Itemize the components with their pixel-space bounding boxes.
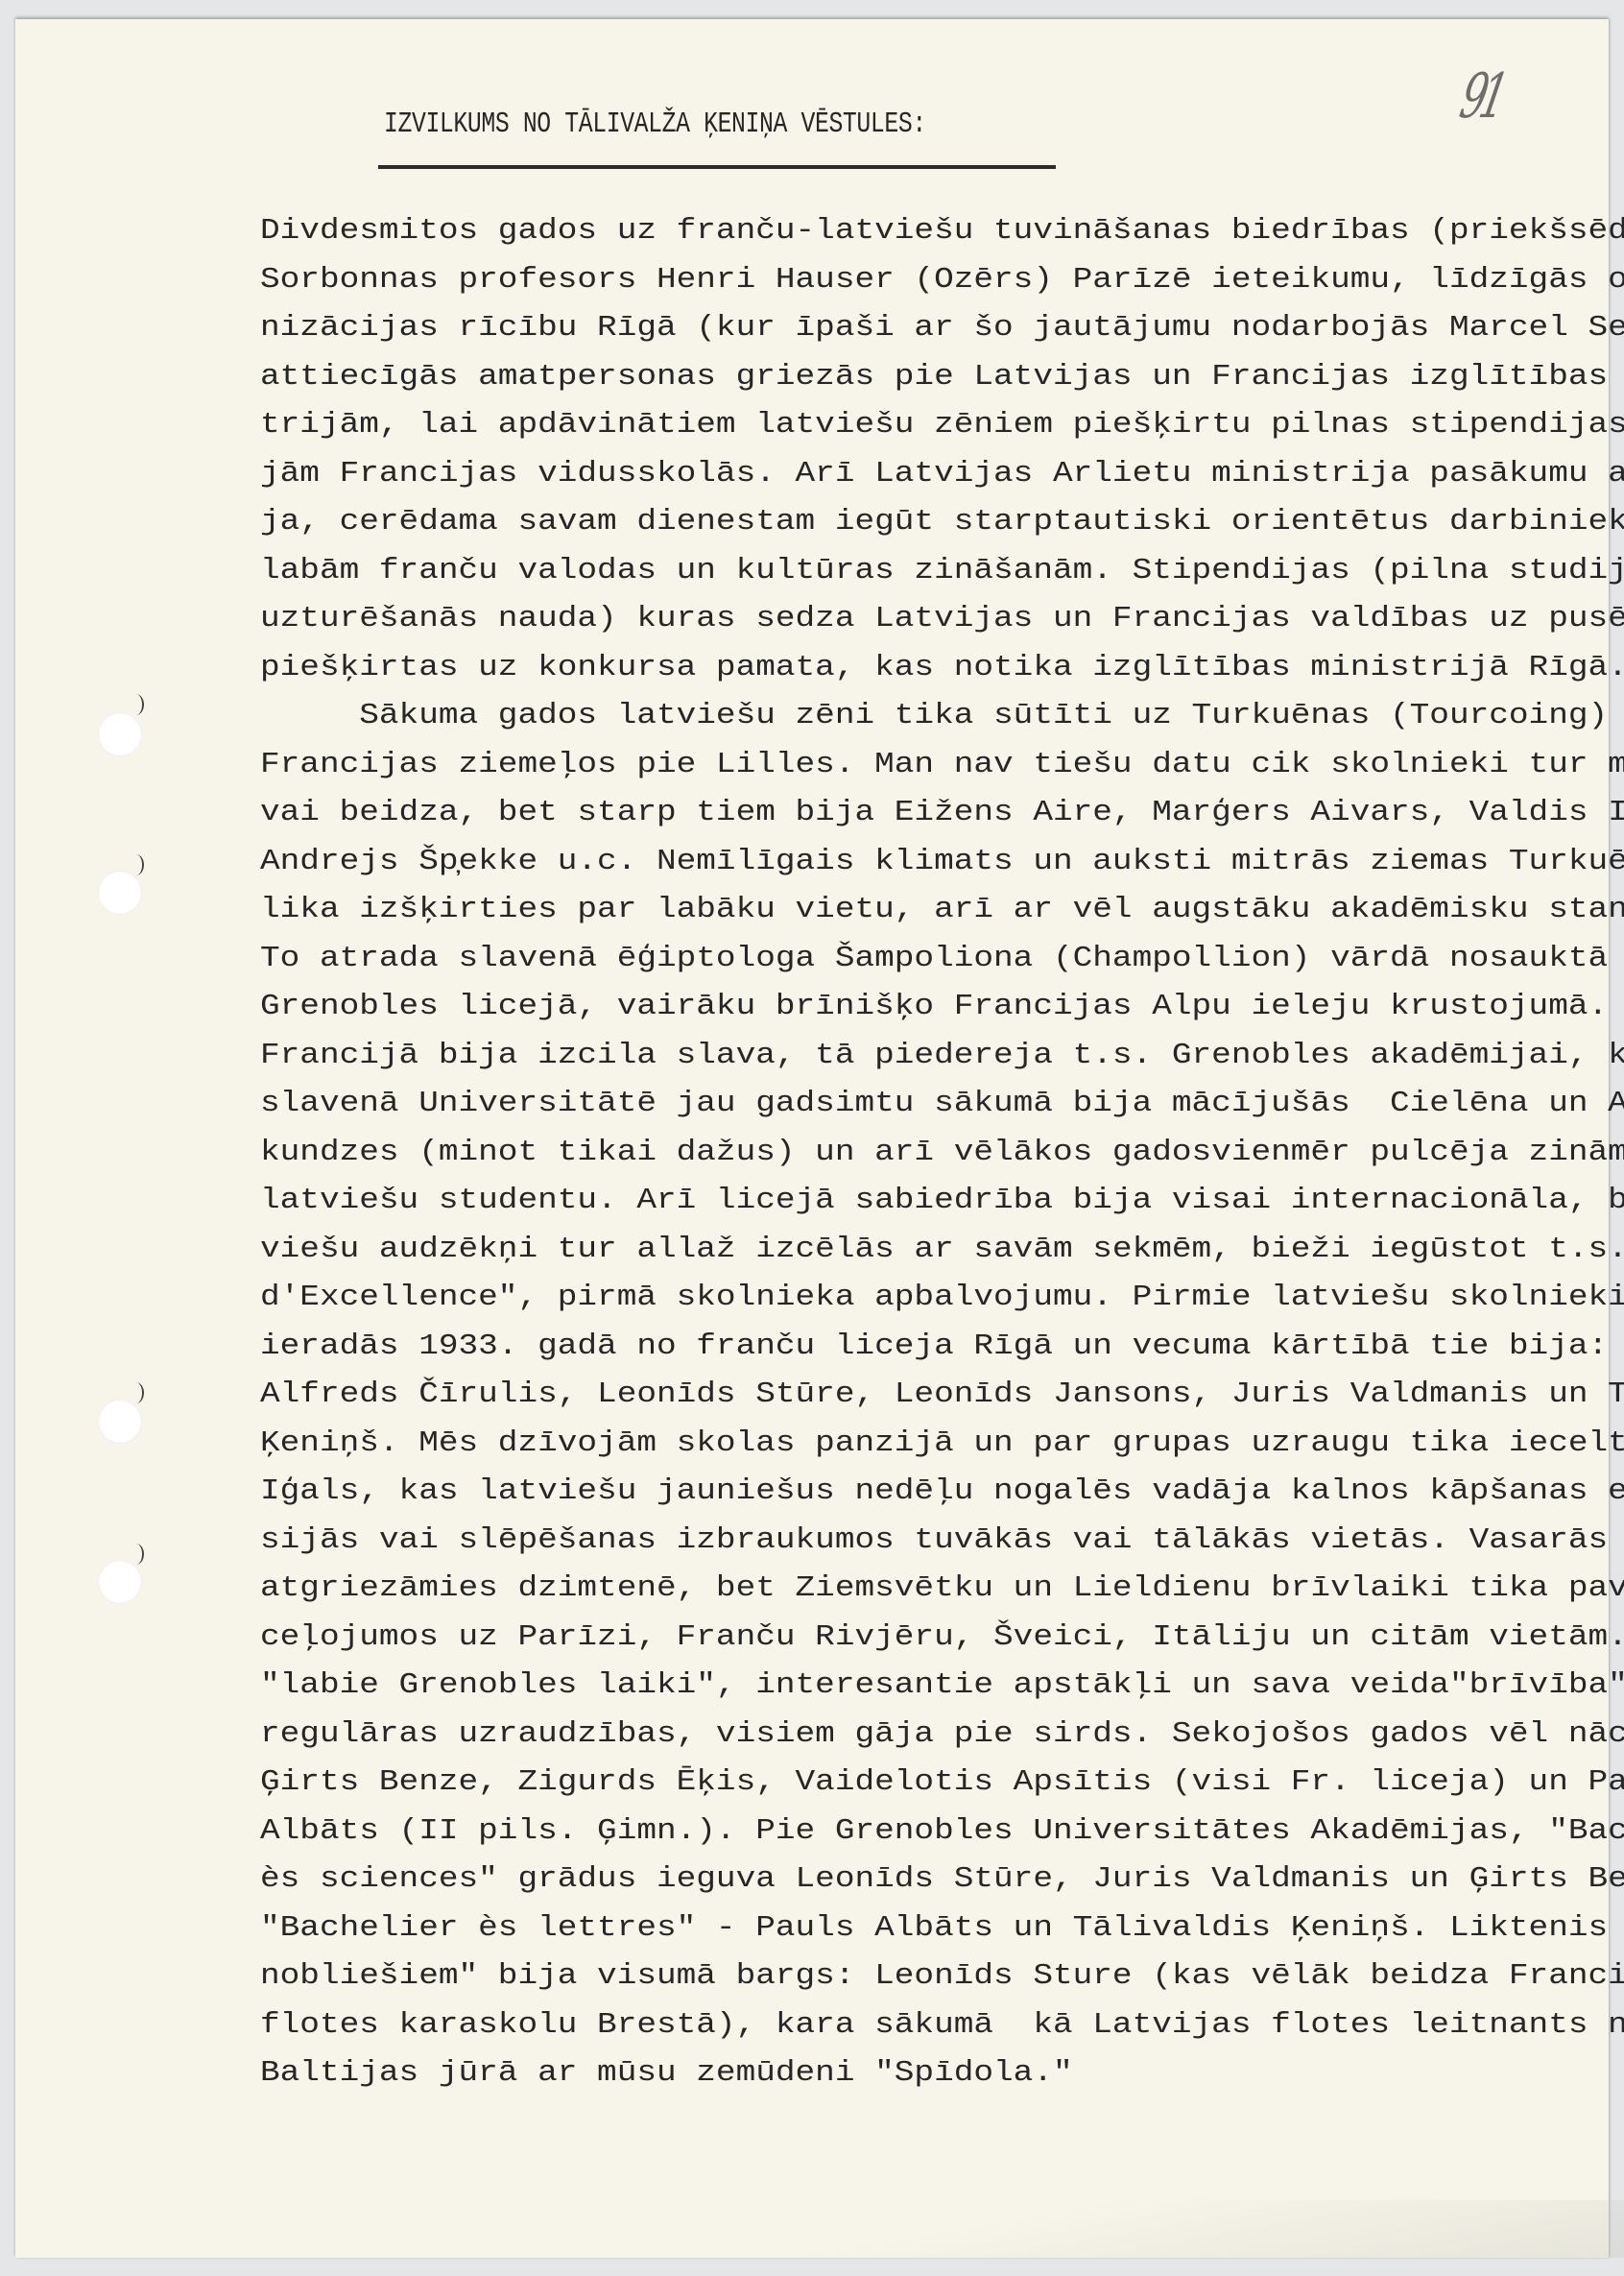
document-title: IZVILKUMS NO TĀLIVALŽA ĶENIŅA VĒSTULES:	[384, 108, 926, 141]
text-line: Divdesmitos gados uz franču-latviešu tuv…	[260, 207, 1624, 256]
punch-hole-3	[98, 1400, 142, 1444]
text-line: To atrada slavenā ēģiptologa Šampoliona …	[260, 935, 1624, 984]
text-line: Albāts (II pils. Ģimn.). Pie Grenobles U…	[260, 1808, 1624, 1857]
punch-hole-2	[98, 871, 142, 915]
text-line: Iģals, kas latviešu jauniešus nedēļu nog…	[260, 1468, 1624, 1517]
text-line: viešu audzēkņi tur allaž izcēlās ar savā…	[260, 1226, 1624, 1275]
title-underline	[378, 165, 1056, 169]
punch-hole-mark	[129, 1544, 144, 1565]
text-line: Grenobles licejā, vairāku brīnišķo Franc…	[260, 983, 1624, 1032]
punch-hole-4	[98, 1560, 142, 1604]
handwritten-page-number: 91	[1454, 61, 1508, 132]
text-line: flotes karaskolu Brestā), kara sākumā kā…	[260, 2001, 1624, 2050]
text-line: Ķeniņš. Mēs dzīvojām skolas panzijā un p…	[260, 1420, 1624, 1469]
letter-excerpt-body: Divdesmitos gados uz franču-latviešu tuv…	[260, 207, 1623, 2098]
text-line: Francijas ziemeļos pie Lilles. Man nav t…	[260, 741, 1624, 790]
text-line: trijām, lai apdāvinātiem latviešu zēniem…	[260, 401, 1624, 450]
text-line: Alfreds Čīrulis, Leonīds Stūre, Leonīds …	[260, 1371, 1624, 1420]
text-line: sijās vai slēpēšanas izbraukumos tuvākās…	[260, 1517, 1624, 1566]
text-line: lika izšķirties par labāku vietu, arī ar…	[260, 886, 1624, 935]
text-line: regulāras uzraudzības, visiem gāja pie s…	[260, 1711, 1624, 1760]
paper-curl-shadow	[73, 2200, 1624, 2258]
text-line: "labie Grenobles laiki", interesantie ap…	[260, 1662, 1624, 1711]
punch-hole-mark	[129, 1382, 144, 1403]
document-page: 91 IZVILKUMS NO TĀLIVALŽA ĶENIŅA VĒSTULE…	[15, 19, 1609, 2258]
text-line: Ģirts Benze, Zigurds Ēķis, Vaidelotis Ap…	[260, 1759, 1624, 1808]
text-line: Baltijas jūrā ar mūsu zemūdeni "Spīdola.…	[260, 2049, 1624, 2098]
text-line: ja, cerēdama savam dienestam iegūt starp…	[260, 498, 1624, 547]
text-line: Sorbonnas profesors Henri Hauser (Ozērs)…	[260, 256, 1624, 305]
text-line: attiecīgās amatpersonas griezās pie Latv…	[260, 353, 1624, 402]
punch-hole-mark	[129, 694, 144, 715]
text-line: atgriezāmies dzimtenē, bet Ziemsvētku un…	[260, 1565, 1624, 1614]
text-line: ieradās 1933. gadā no franču liceja Rīgā…	[260, 1323, 1624, 1372]
text-line: uzturēšanās nauda) kuras sedza Latvijas …	[260, 595, 1624, 644]
text-line: ès sciences" grādus ieguva Leonīds Stūre…	[260, 1856, 1624, 1905]
text-line: Francijā bija izcila slava, tā piedereja…	[260, 1032, 1624, 1081]
punch-hole-1	[98, 712, 142, 756]
text-line: Sākuma gados latviešu zēni tika sūtīti u…	[260, 692, 1624, 741]
text-line: nizācijas rīcību Rīgā (kur īpaši ar šo j…	[260, 304, 1624, 353]
text-line: ceļojumos uz Parīzi, Franču Rivjēru, Šve…	[260, 1614, 1624, 1663]
punch-hole-mark	[129, 854, 144, 875]
text-line: piešķirtas uz konkursa pamata, kas notik…	[260, 644, 1624, 693]
text-line: "Bachelier ès lettres" - Pauls Albāts un…	[260, 1905, 1624, 1953]
text-line: labām franču valodas un kultūras zināšan…	[260, 547, 1624, 596]
text-line: nobliešiem" bija visumā bargs: Leonīds S…	[260, 1953, 1624, 2001]
text-line: jām Francijas vidusskolās. Arī Latvijas …	[260, 450, 1624, 499]
text-line: slavenā Universitātē jau gadsimtu sākumā…	[260, 1080, 1624, 1129]
text-line: Andrejs Šp̦ekke u.c. Nemīlīgais klimats …	[260, 838, 1624, 887]
text-line: latviešu studentu. Arī licejā sabiedrība…	[260, 1177, 1624, 1226]
text-line: d'Excellence", pirmā skolnieka apbalvoju…	[260, 1274, 1624, 1323]
text-line: kundzes (minot tikai dažus) un arī vēlāk…	[260, 1129, 1624, 1178]
text-line: vai beidza, bet starp tiem bija Eižens A…	[260, 789, 1624, 838]
